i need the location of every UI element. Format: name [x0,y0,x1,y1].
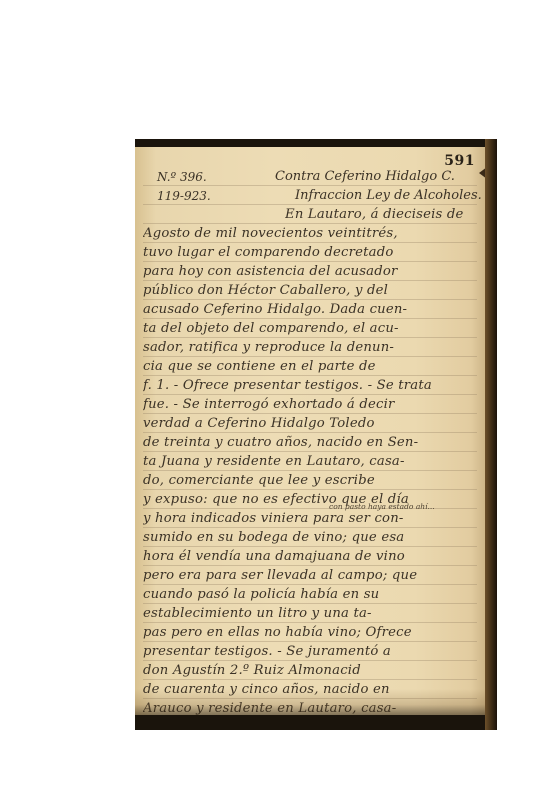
text-line: ta del objeto del comparendo, el acu- [143,321,475,337]
text-line: hora él vendía una damajuana de vino [143,549,475,565]
ruled-line [143,546,477,547]
text-line: do, comerciante que lee y escribe [143,473,475,489]
ruled-line [143,375,477,376]
case-reference: 119-923. [157,189,211,203]
text-line: y hora indicados viniera para ser con- [143,511,475,527]
text-line: fue. - Se interrogó exhortado á decir [143,397,475,413]
ruled-line [143,622,477,623]
case-title: Contra Ceferino Hidalgo C. [275,169,455,184]
ruled-line [143,451,477,452]
ruled-line [143,318,477,319]
text-line: pero era para ser llevada al campo; que [143,568,475,584]
text-line: presentar testigos. - Se juramentó a [143,644,475,660]
text-line: verdad a Ceferino Hidalgo Toledo [143,416,475,432]
ruled-line [143,337,477,338]
ruled-line [143,660,477,661]
scanned-page-frame: 591 N.º 396. Contra Ceferino Hidalgo C. … [135,139,497,730]
text-line: de cuarenta y cinco años, nacido en [143,682,475,698]
ruled-line [143,261,477,262]
text-line: tuvo lugar el comparendo decretado [143,245,475,261]
ruled-line [143,565,477,566]
ruled-line [143,185,477,186]
text-line: Agosto de mil novecientos veintitrés, [143,226,475,242]
ruled-line [143,242,477,243]
text-line: En Lautaro, á dieciseis de [285,207,475,223]
ruled-line [143,356,477,357]
case-charge: Infraccion Ley de Alcoholes. [295,188,482,203]
text-line: pas pero en ellas no había vino; Ofrece [143,625,475,641]
ruled-line [143,641,477,642]
text-line: cia que se contiene en el parte de [143,359,475,375]
text-line: sador, ratifica y reproduce la denun- [143,340,475,356]
ruled-line [143,698,477,699]
text-line: f. 1. - Ofrece presentar testigos. - Se … [143,378,475,394]
text-line: público don Héctor Caballero, y del [143,283,475,299]
ruled-line [143,299,477,300]
text-line: acusado Ceferino Hidalgo. Dada cuen- [143,302,475,318]
ruled-line [143,394,477,395]
text-line: sumido en su bodega de vino; que esa [143,530,475,546]
ruled-line [143,413,477,414]
ruled-line [143,603,477,604]
ruled-line [143,223,477,224]
text-line: ta Juana y residente en Lautaro, casa- [143,454,475,470]
text-line: para hoy con asistencia del acusador [143,264,475,280]
ruled-line [143,280,477,281]
ruled-line [143,527,477,528]
text-line: don Agustín 2.º Ruiz Almonacid [143,663,475,679]
ruled-line [143,489,477,490]
manuscript-page: 591 N.º 396. Contra Ceferino Hidalgo C. … [135,147,485,715]
ruled-line [143,584,477,585]
book-binding-edge [485,139,497,730]
text-line: cuando pasó la policía había en su [143,587,475,603]
page-number: 591 [444,153,475,169]
text-line: Arauco y residente en Lautaro, casa- [143,701,475,715]
case-number: N.º 396. [157,170,207,184]
text-line: establecimiento un litro y una ta- [143,606,475,622]
ruled-line [143,432,477,433]
interlinear-note: con pasto haya estado ahí... [329,502,435,511]
ruled-line [143,204,477,205]
ruled-line [143,470,477,471]
text-line: de treinta y cuatro años, nacido en Sen- [143,435,475,451]
ruled-line [143,679,477,680]
